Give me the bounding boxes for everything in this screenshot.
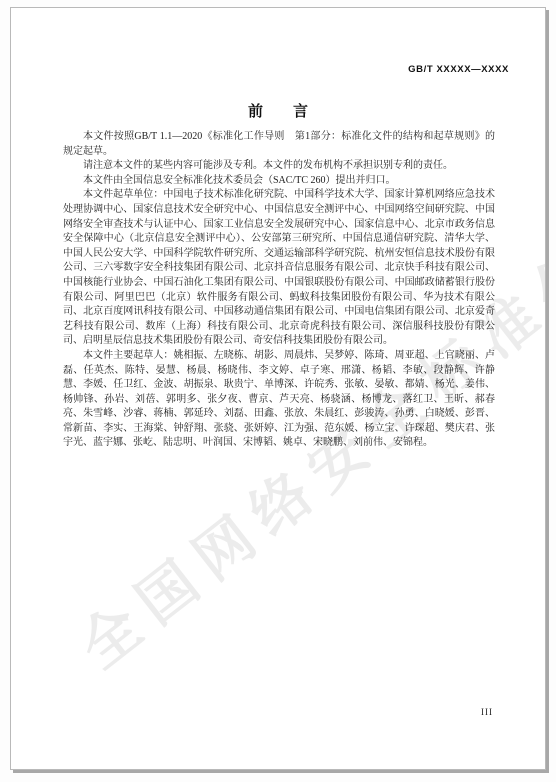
document-page-container: 全国网络安全标准化技术委员会 GB/T XXXXX—XXXX 前 言 本文件按照… — [0, 0, 556, 782]
paragraph-proposing-committee: 本文件由全国信息安全标准化技术委员会（SAC/TC 260）提出并归口。 — [63, 174, 495, 189]
standard-code-header: GB/T XXXXX—XXXX — [408, 64, 509, 75]
document-page: 全国网络安全标准化技术委员会 GB/T XXXXX—XXXX 前 言 本文件按照… — [10, 7, 546, 770]
page-title: 前 言 — [11, 100, 545, 121]
paragraph-patent-notice: 请注意本文件的某些内容可能涉及专利。本文件的发布机构不承担识别专利的责任。 — [63, 159, 495, 174]
paragraph-main-drafters: 本文件主要起草人：姚相振、左晓栋、胡影、周晨炜、吴梦婷、陈琦、周亚超、上官晓丽、… — [63, 349, 495, 451]
paragraph-drafting-organizations: 本文件起草单位：中国电子技术标准化研究院、中国科学技术大学、国家计算机网络应急技… — [63, 188, 495, 349]
document-body: 本文件按照GB/T 1.1—2020《标准化工作导则 第1部分：标准化文件的结构… — [63, 130, 495, 451]
paragraph-drafting-rules: 本文件按照GB/T 1.1—2020《标准化工作导则 第1部分：标准化文件的结构… — [63, 130, 495, 159]
page-number: III — [481, 707, 493, 717]
